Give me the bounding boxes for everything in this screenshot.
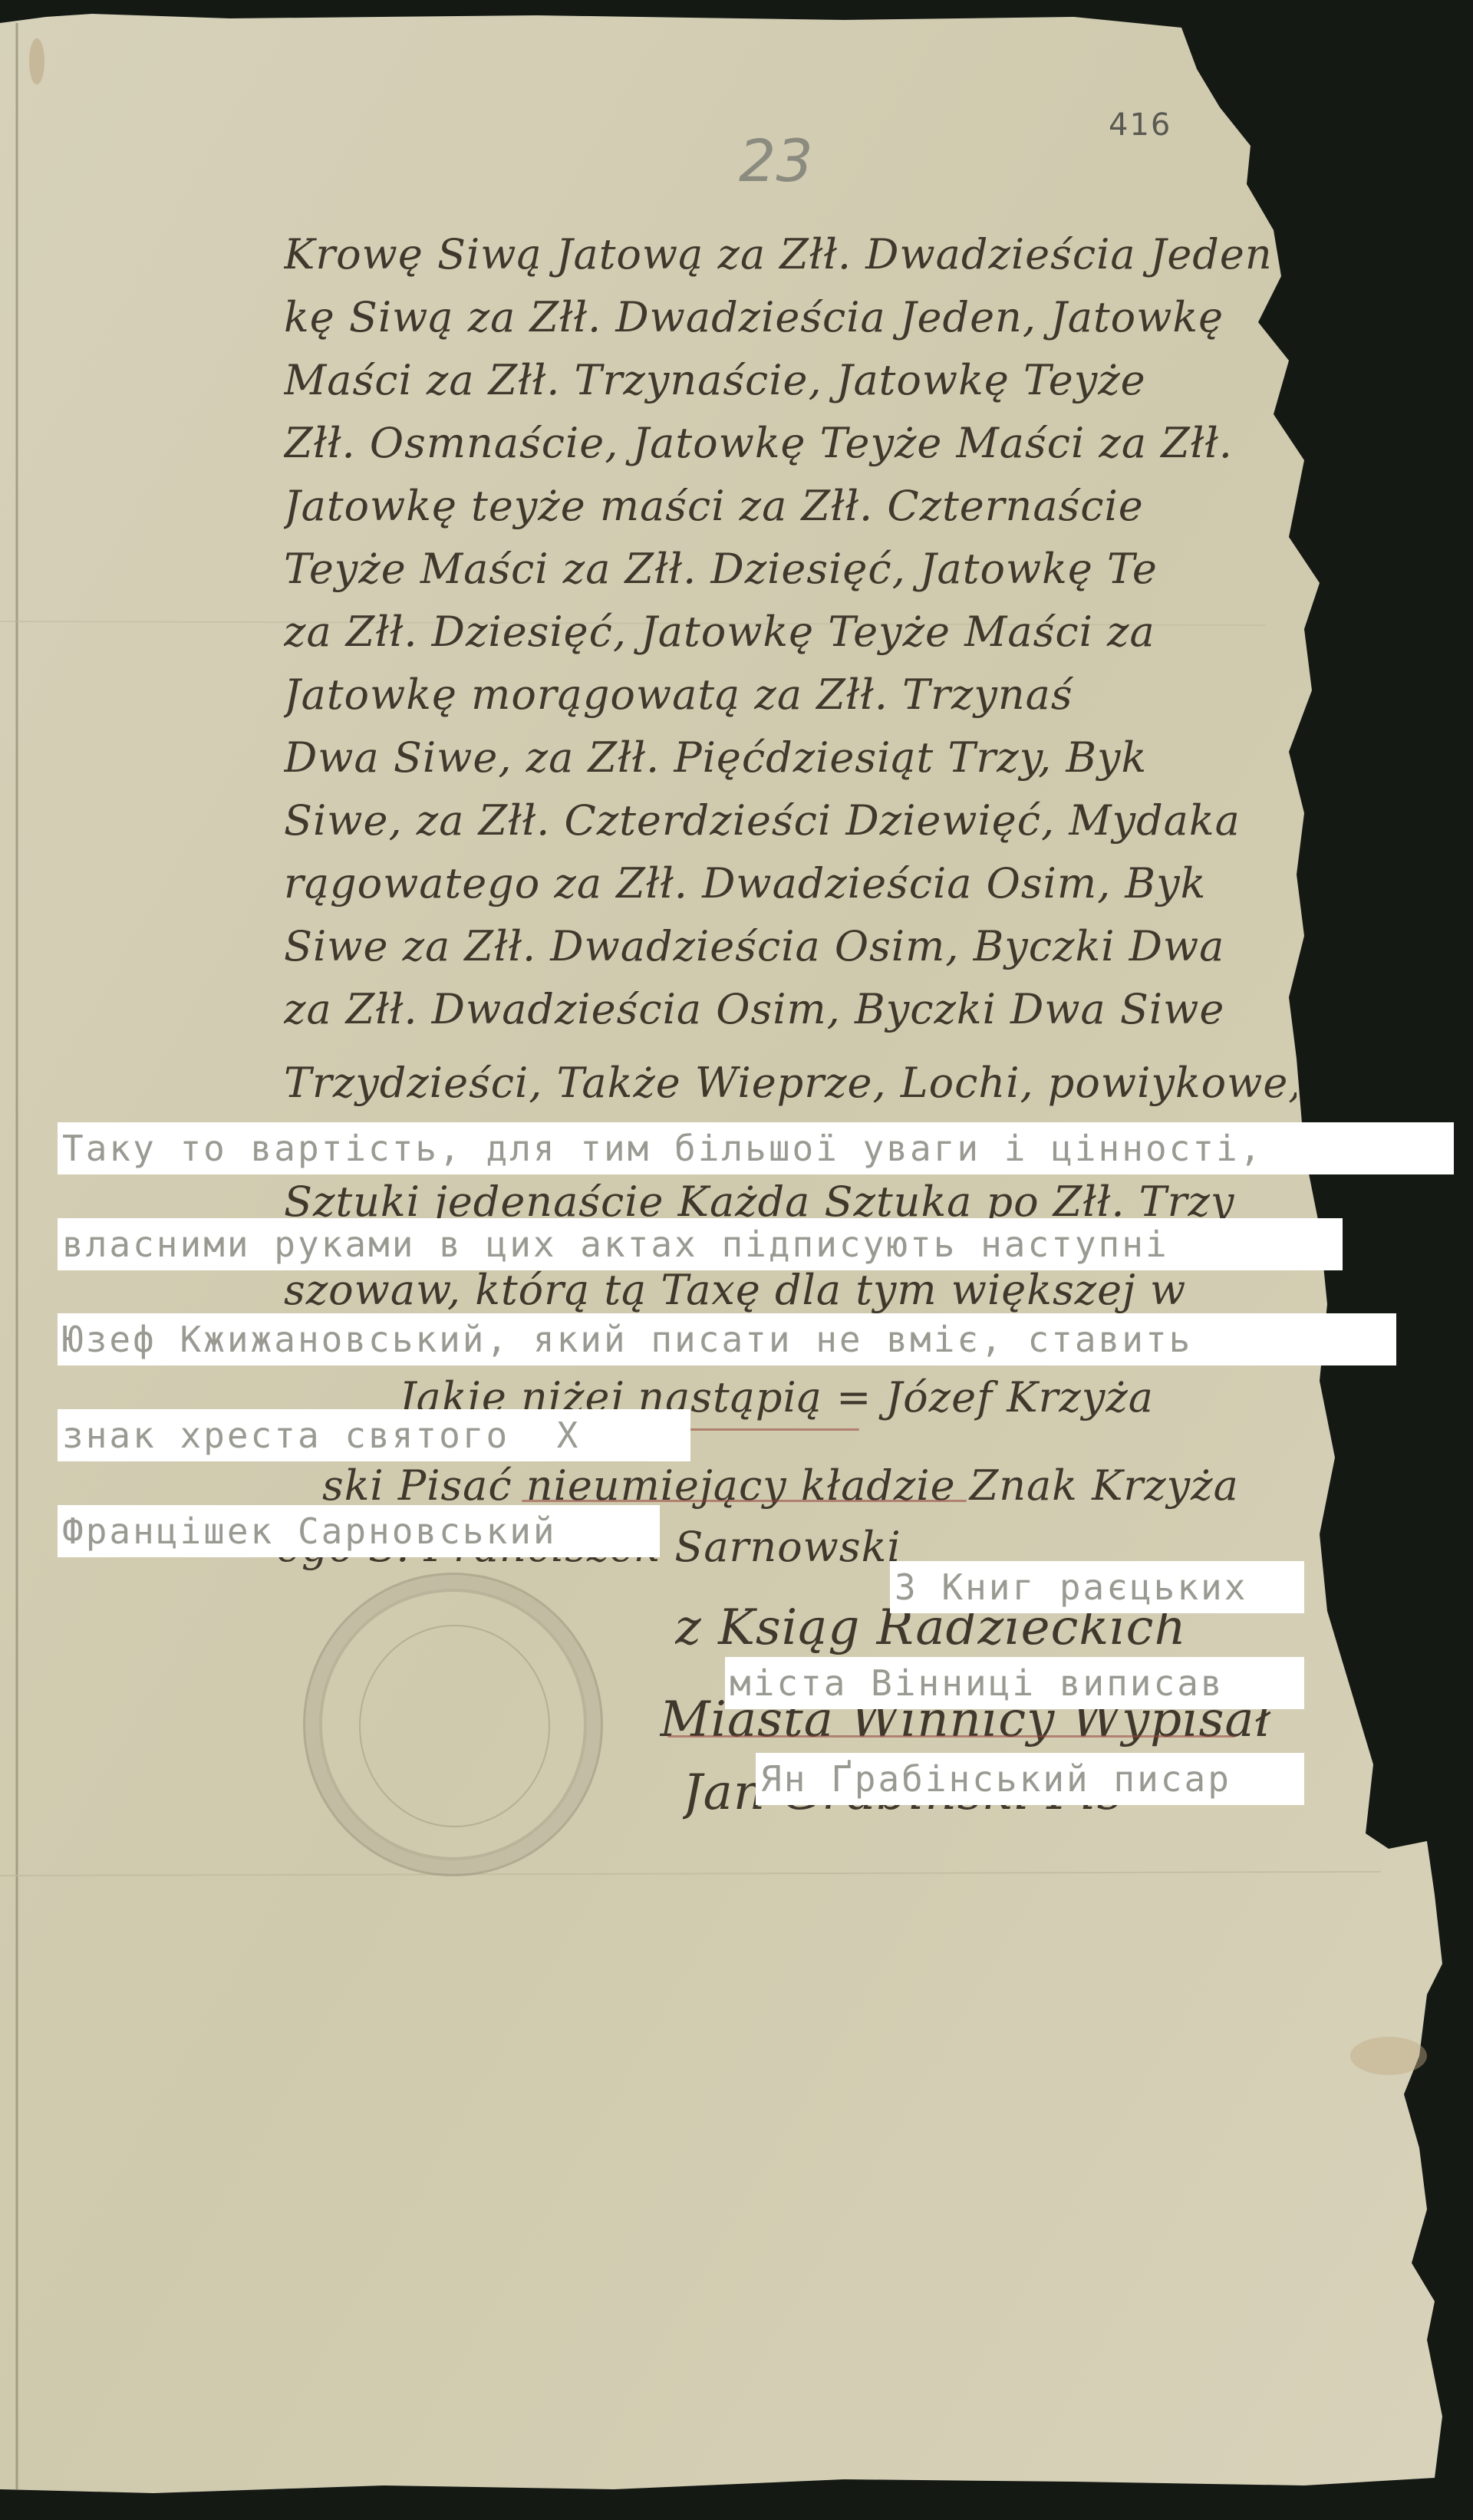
translation-band: Таку то вартість, для тим більшої уваги … [58,1122,1454,1174]
translation-band: знак хреста святого X [58,1409,690,1461]
handwritten-line: Teyże Maści za Złł. Dziesięć, Jatowkę Te [284,545,1297,593]
translation-text: Францішек Сарновський [62,1510,557,1552]
handwritten-line: Trzydzieści, Także Wieprze, Lochi, powiy… [284,1059,1297,1107]
folio-number: 416 [1109,107,1171,143]
handwritten-line: Siwe, za Złł. Czterdzieści Dziewięć, Myd… [284,796,1297,845]
red-underline [522,1500,967,1502]
handwritten-line: kę Siwą za Złł. Dwadzieścia Jeden, Jatow… [284,293,1297,341]
pencil-page-number: 23 [739,127,813,195]
handwritten-line: ski Pisać nieumiejący kładzie Znak Krzyż… [322,1461,1320,1510]
translation-band: З Книг раєцьких [890,1561,1304,1613]
handwritten-line: Siwe za Złł. Dwadzieścia Osim, Byczki Dw… [284,922,1297,970]
seal-inner-ring [359,1625,550,1827]
red-underline [667,1735,1235,1738]
translation-text: Ян Ґрабінський писар [760,1758,1231,1800]
translation-band: Ян Ґрабінський писар [756,1753,1304,1805]
translation-band: міста Вінниці виписав [725,1657,1304,1709]
translation-band: власними руками в цих актах підписують н… [58,1218,1343,1270]
embossed-seal [303,1573,603,1876]
handwritten-line: Jatowkę morągowatą za Złł. Trzynaś [284,670,1297,719]
translation-band: Францішек Сарновський [58,1505,660,1557]
translation-text: З Книг раєцьких [895,1566,1247,1608]
handwritten-line: za Złł. Dwadzieścia Osim, Byczki Dwa Siw… [284,985,1297,1033]
handwritten-line: Krowę Siwą Jatową za Złł. Dwadzieścia Je… [284,230,1297,278]
translation-band: Юзеф Кжижановський, який писати не вміє,… [58,1313,1396,1365]
handwritten-line: Dwa Siwe, za Złł. Pięćdziesiąt Trzy, Byk [284,733,1297,782]
handwritten-line: za Złł. Dziesięć, Jatowkę Teyże Maści za [284,608,1297,656]
translation-text: міста Вінниці виписав [730,1662,1224,1704]
translation-text: власними руками в цих актах підписують н… [62,1224,1169,1265]
handwritten-line: szowaw, którą tą Taxę dla tym większej w [284,1266,1297,1314]
translation-text: знак хреста святого X [62,1415,580,1456]
translation-text: Юзеф Кжижановський, який писати не вміє,… [62,1319,1192,1360]
handwritten-line: rągowatego za Złł. Dwadzieścia Osim, Byk [284,859,1297,908]
handwritten-line: Złł. Osmnaście, Jatowkę Teyże Maści za Z… [284,419,1297,467]
translation-text: Таку то вартість, для тим більшої уваги … [62,1128,1263,1169]
handwritten-line: Jatowkę teyże maści za Złł. Czternaście [284,482,1297,530]
handwritten-line: Maści za Złł. Trzynaście, Jatowkę Teyże [284,356,1297,404]
